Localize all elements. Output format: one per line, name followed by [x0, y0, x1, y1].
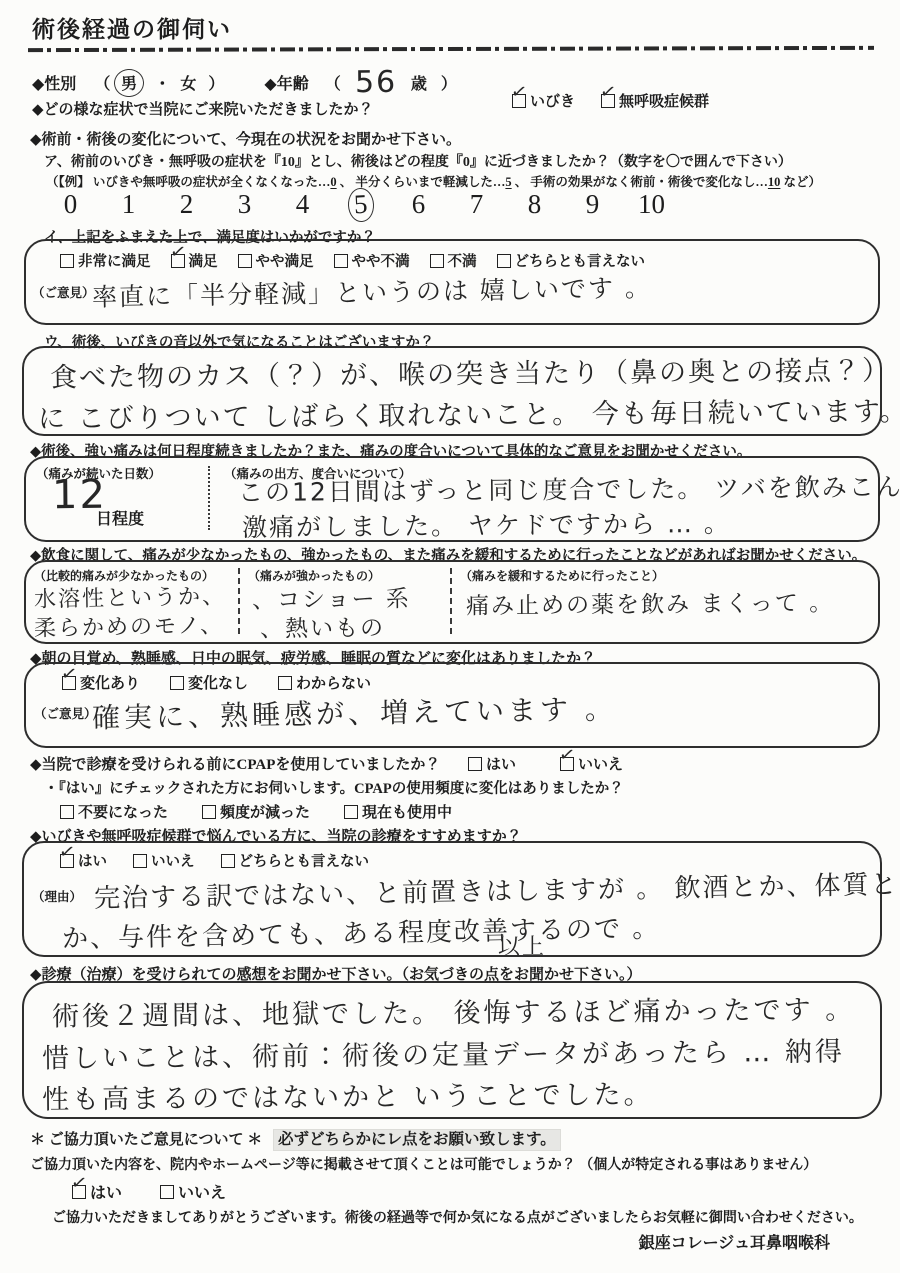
paren: ） [208, 76, 224, 93]
impression-line3-handwritten: 性も高まるのではないかと いうことでした。 [42, 1072, 654, 1116]
checkbox-ibiki[interactable]: ✓ いびき [512, 90, 575, 111]
checkbox-yaya-manzoku[interactable]: ✓やや満足 [238, 250, 314, 271]
scale-2[interactable]: 2 [168, 188, 205, 222]
vertical-divider [208, 466, 210, 530]
vertical-divider [238, 568, 240, 634]
change-question: ◆術前・術後の変化について、今現在の状況をお聞かせ下さい。 [30, 128, 461, 149]
rating-scale: 0 1 2 3 4 5 6 7 8 9 10 [52, 188, 669, 222]
paren: （ [325, 76, 341, 93]
eating-col3-label: （痛みを緩和するために行ったこと） [460, 567, 664, 584]
thanks-text: ご協力いただきましてありがとうございます。術後の経過等で何か気になる点がございま… [52, 1207, 863, 1227]
satisfaction-box: ✓非常に満足 ✓満足 ✓やや満足 ✓やや不満 ✓不満 ✓どちらとも言えない （ご… [24, 239, 880, 325]
checkbox-fuyo[interactable]: ✓不要になった [60, 801, 168, 822]
publish-question: ご協力頂いた内容を、院内やホームページ等に掲載させて頂くことは可能でしょうか？ … [30, 1154, 817, 1174]
checkbox-label: いびき [530, 90, 575, 111]
change-sub-a: ア、術前のいびき・無呼吸の症状を『10』とし、術後はどの程度『0』に近づきました… [44, 151, 792, 171]
sleep-options: ✓変化あり ✓変化なし ✓わからない [62, 672, 371, 693]
gender-female: 女 [180, 76, 196, 93]
concern-line1-handwritten: 食べた物のカス（？）が、喉の突き当たり（鼻の奥との接点？） [50, 348, 891, 394]
checkbox-fuman[interactable]: ✓不満 [430, 250, 477, 271]
gender-male-circled: 男 [113, 68, 145, 98]
check-mark-icon: ✓ [598, 81, 617, 102]
gender-label: ◆性別 [32, 76, 76, 93]
publish-options: ✓はい ✓いいえ [72, 1180, 226, 1203]
sleep-box: ✓変化あり ✓変化なし ✓わからない （ご意見） 確実に、熟睡感が、増えています… [24, 662, 880, 748]
symptoms-options: ✓ いびき ✓ 無呼吸症候群 [512, 90, 709, 111]
impression-line2-handwritten: 惜しいことは、術前：術後の定量データがあったら … 納得 [42, 1029, 845, 1075]
symptoms-question: ◆どの様な症状で当院にご来院いただきましたか？ [32, 98, 374, 119]
scale-9[interactable]: 9 [574, 188, 611, 222]
checkbox-mukokyu[interactable]: ✓ 無呼吸症候群 [601, 90, 709, 111]
impression-line1-handwritten: 術後２週間は、地獄でした。 後悔するほど痛かったです 。 [52, 987, 855, 1033]
satisfaction-opinion-handwritten: 率直に「半分軽減」というのは 嬉しいです 。 [92, 268, 652, 314]
clinic-name: 銀座コレージュ耳鼻咽喉科 [639, 1230, 830, 1253]
reason-label: （理由） [32, 887, 82, 905]
scale-5-circled[interactable]: 5 [342, 188, 379, 222]
checkbox-wakaranai[interactable]: ✓わからない [278, 672, 371, 693]
opinion-label: （ご意見） [34, 704, 97, 722]
scale-8[interactable]: 8 [516, 188, 553, 222]
checkbox-susume-iie[interactable]: ✓いいえ [133, 850, 195, 871]
age-value-handwritten: 56 [355, 65, 397, 100]
checkbox-cpap-iie[interactable]: ✓いいえ [560, 753, 623, 774]
profile-row: ◆性別 （ 男 ・ 女 ） ◆年齢 （ 56 歳 ） [32, 62, 457, 97]
concern-line2-handwritten: に こびりついて しばらく取れないこと。 今も毎日続いています。 [38, 389, 900, 436]
footer-note: ＊ ご協力頂いたご意見について ＊ 必ずどちらかにレ点をお願い致します。 [30, 1127, 560, 1149]
pain-detail-line1-handwritten: この12日間はずっと同じ度合でした。 ツバを飲みこんでも [238, 467, 900, 509]
recommend-reason-line1-handwritten: 完治する訳ではない、と前置きはしますが 。 飲酒とか、体質と [94, 864, 899, 915]
checkbox-susume-hai[interactable]: ✓はい [60, 850, 107, 871]
concern-box: 食べた物のカス（？）が、喉の突き当たり（鼻の奥との接点？） に こびりついて し… [22, 346, 882, 436]
checkbox-manzoku[interactable]: ✓満足 [171, 250, 218, 271]
pain-box: （痛みが続いた日数） 12 日程度 （痛みの出方、度合いについて） この12日間… [24, 456, 880, 542]
questionnaire-scan: 術後経過の御伺い ◆性別 （ 男 ・ 女 ） ◆年齢 （ 56 歳 ） ◆どの様… [0, 0, 900, 1273]
paren: ） [441, 76, 457, 93]
check-mark-icon: ✓ [509, 81, 528, 102]
checkbox-genzai-shiyo[interactable]: ✓現在も使用中 [344, 801, 452, 822]
scale-10[interactable]: 10 [632, 188, 669, 222]
recommend-box: ✓はい ✓いいえ ✓どちらとも言えない （理由） 完治する訳ではない、と前置きは… [22, 841, 882, 957]
recommend-insert-note-handwritten: 以上 [498, 930, 546, 961]
example-text: など） [780, 175, 821, 189]
impression-box: 術後２週間は、地獄でした。 後悔するほど痛かったです 。 惜しいことは、術前：術… [22, 981, 882, 1119]
checkbox-hindo-hetta[interactable]: ✓頻度が減った [202, 801, 310, 822]
page-title: 術後経過の御伺い [32, 11, 232, 44]
example-value-10: 10 [768, 175, 781, 189]
paren: （ [94, 76, 110, 93]
checkbox-icon: ✓ [512, 94, 526, 108]
opinion-label: （ご意見） [32, 283, 95, 301]
checkbox-label: 無呼吸症候群 [619, 90, 709, 111]
gender-male: 男 [121, 75, 138, 93]
cpap-followup-question: ・『はい』にチェックされた方にお伺いします。CPAPの使用頻度に変化はありました… [44, 777, 624, 798]
checkbox-publish-hai[interactable]: ✓はい [72, 1180, 122, 1203]
scale-6[interactable]: 6 [400, 188, 437, 222]
scale-3[interactable]: 3 [226, 188, 263, 222]
checkbox-publish-iie[interactable]: ✓いいえ [160, 1180, 226, 1203]
cpap-followup-options: ✓不要になった ✓頻度が減った ✓現在も使用中 [60, 801, 452, 822]
cpap-question: ◆当院で診療を受けられる前にCPAPを使用していましたか？ [30, 753, 440, 774]
vertical-divider [450, 568, 452, 634]
footer-note-highlighted: 必ずどちらかにレ点をお願い致します。 [274, 1130, 560, 1150]
eating-col2-line2-handwritten: 、熱いもの [260, 609, 385, 643]
recommend-reason-line2-handwritten: か、与件を含めても、ある程度改善するので 。 [62, 908, 661, 955]
recommend-options: ✓はい ✓いいえ ✓どちらとも言えない [60, 850, 369, 871]
satisfaction-options: ✓非常に満足 ✓満足 ✓やや満足 ✓やや不満 ✓不満 ✓どちらとも言えない [60, 250, 645, 271]
example-text: 、 半分くらいまで軽減した… [337, 175, 506, 189]
scale-7[interactable]: 7 [458, 188, 495, 222]
scale-0[interactable]: 0 [52, 188, 89, 222]
scale-1[interactable]: 1 [110, 188, 147, 222]
pain-days-unit: 日程度 [96, 506, 144, 529]
example-text: （【例】 いびきや無呼吸の症状が全くなくなった… [46, 175, 330, 189]
footer-note-prefix: ＊ ご協力頂いたご意見について ＊ [30, 1132, 262, 1148]
checkbox-cpap-hai[interactable]: ✓はい [468, 753, 516, 774]
dashed-divider [28, 46, 874, 52]
checkbox-susume-dochira[interactable]: ✓どちらとも言えない [221, 850, 370, 871]
eating-col1-line2-handwritten: 柔らかめのモノ、 [34, 608, 225, 642]
checkbox-henka-ari[interactable]: ✓変化あり [62, 672, 140, 693]
example-text: 、 手術の効果がなく術前・術後で変化なし… [512, 175, 768, 189]
checkbox-yaya-fuman[interactable]: ✓やや不満 [334, 250, 410, 271]
sleep-opinion-handwritten: 確実に、熟睡感が、増えています 。 [92, 687, 618, 736]
pain-detail-line2-handwritten: 激痛がしました。 ヤケドですから … 。 [242, 504, 731, 544]
scale-4[interactable]: 4 [284, 188, 321, 222]
eating-box: （比較的痛みが少なかったもの） 水溶性というか、 柔らかめのモノ、 （痛みが強か… [24, 560, 880, 644]
age-unit: 歳 [411, 76, 427, 93]
cpap-options: ✓はい ✓いいえ [468, 753, 623, 774]
checkbox-henka-nashi[interactable]: ✓変化なし [170, 672, 248, 693]
gender-separator: ・ [154, 76, 170, 93]
eating-col3-line1-handwritten: 痛み止めの薬を飲み まくって 。 [466, 584, 834, 620]
checkbox-icon: ✓ [601, 94, 615, 108]
age-label: ◆年齢 [264, 76, 308, 93]
checkbox-hijoni-manzoku[interactable]: ✓非常に満足 [60, 250, 151, 271]
